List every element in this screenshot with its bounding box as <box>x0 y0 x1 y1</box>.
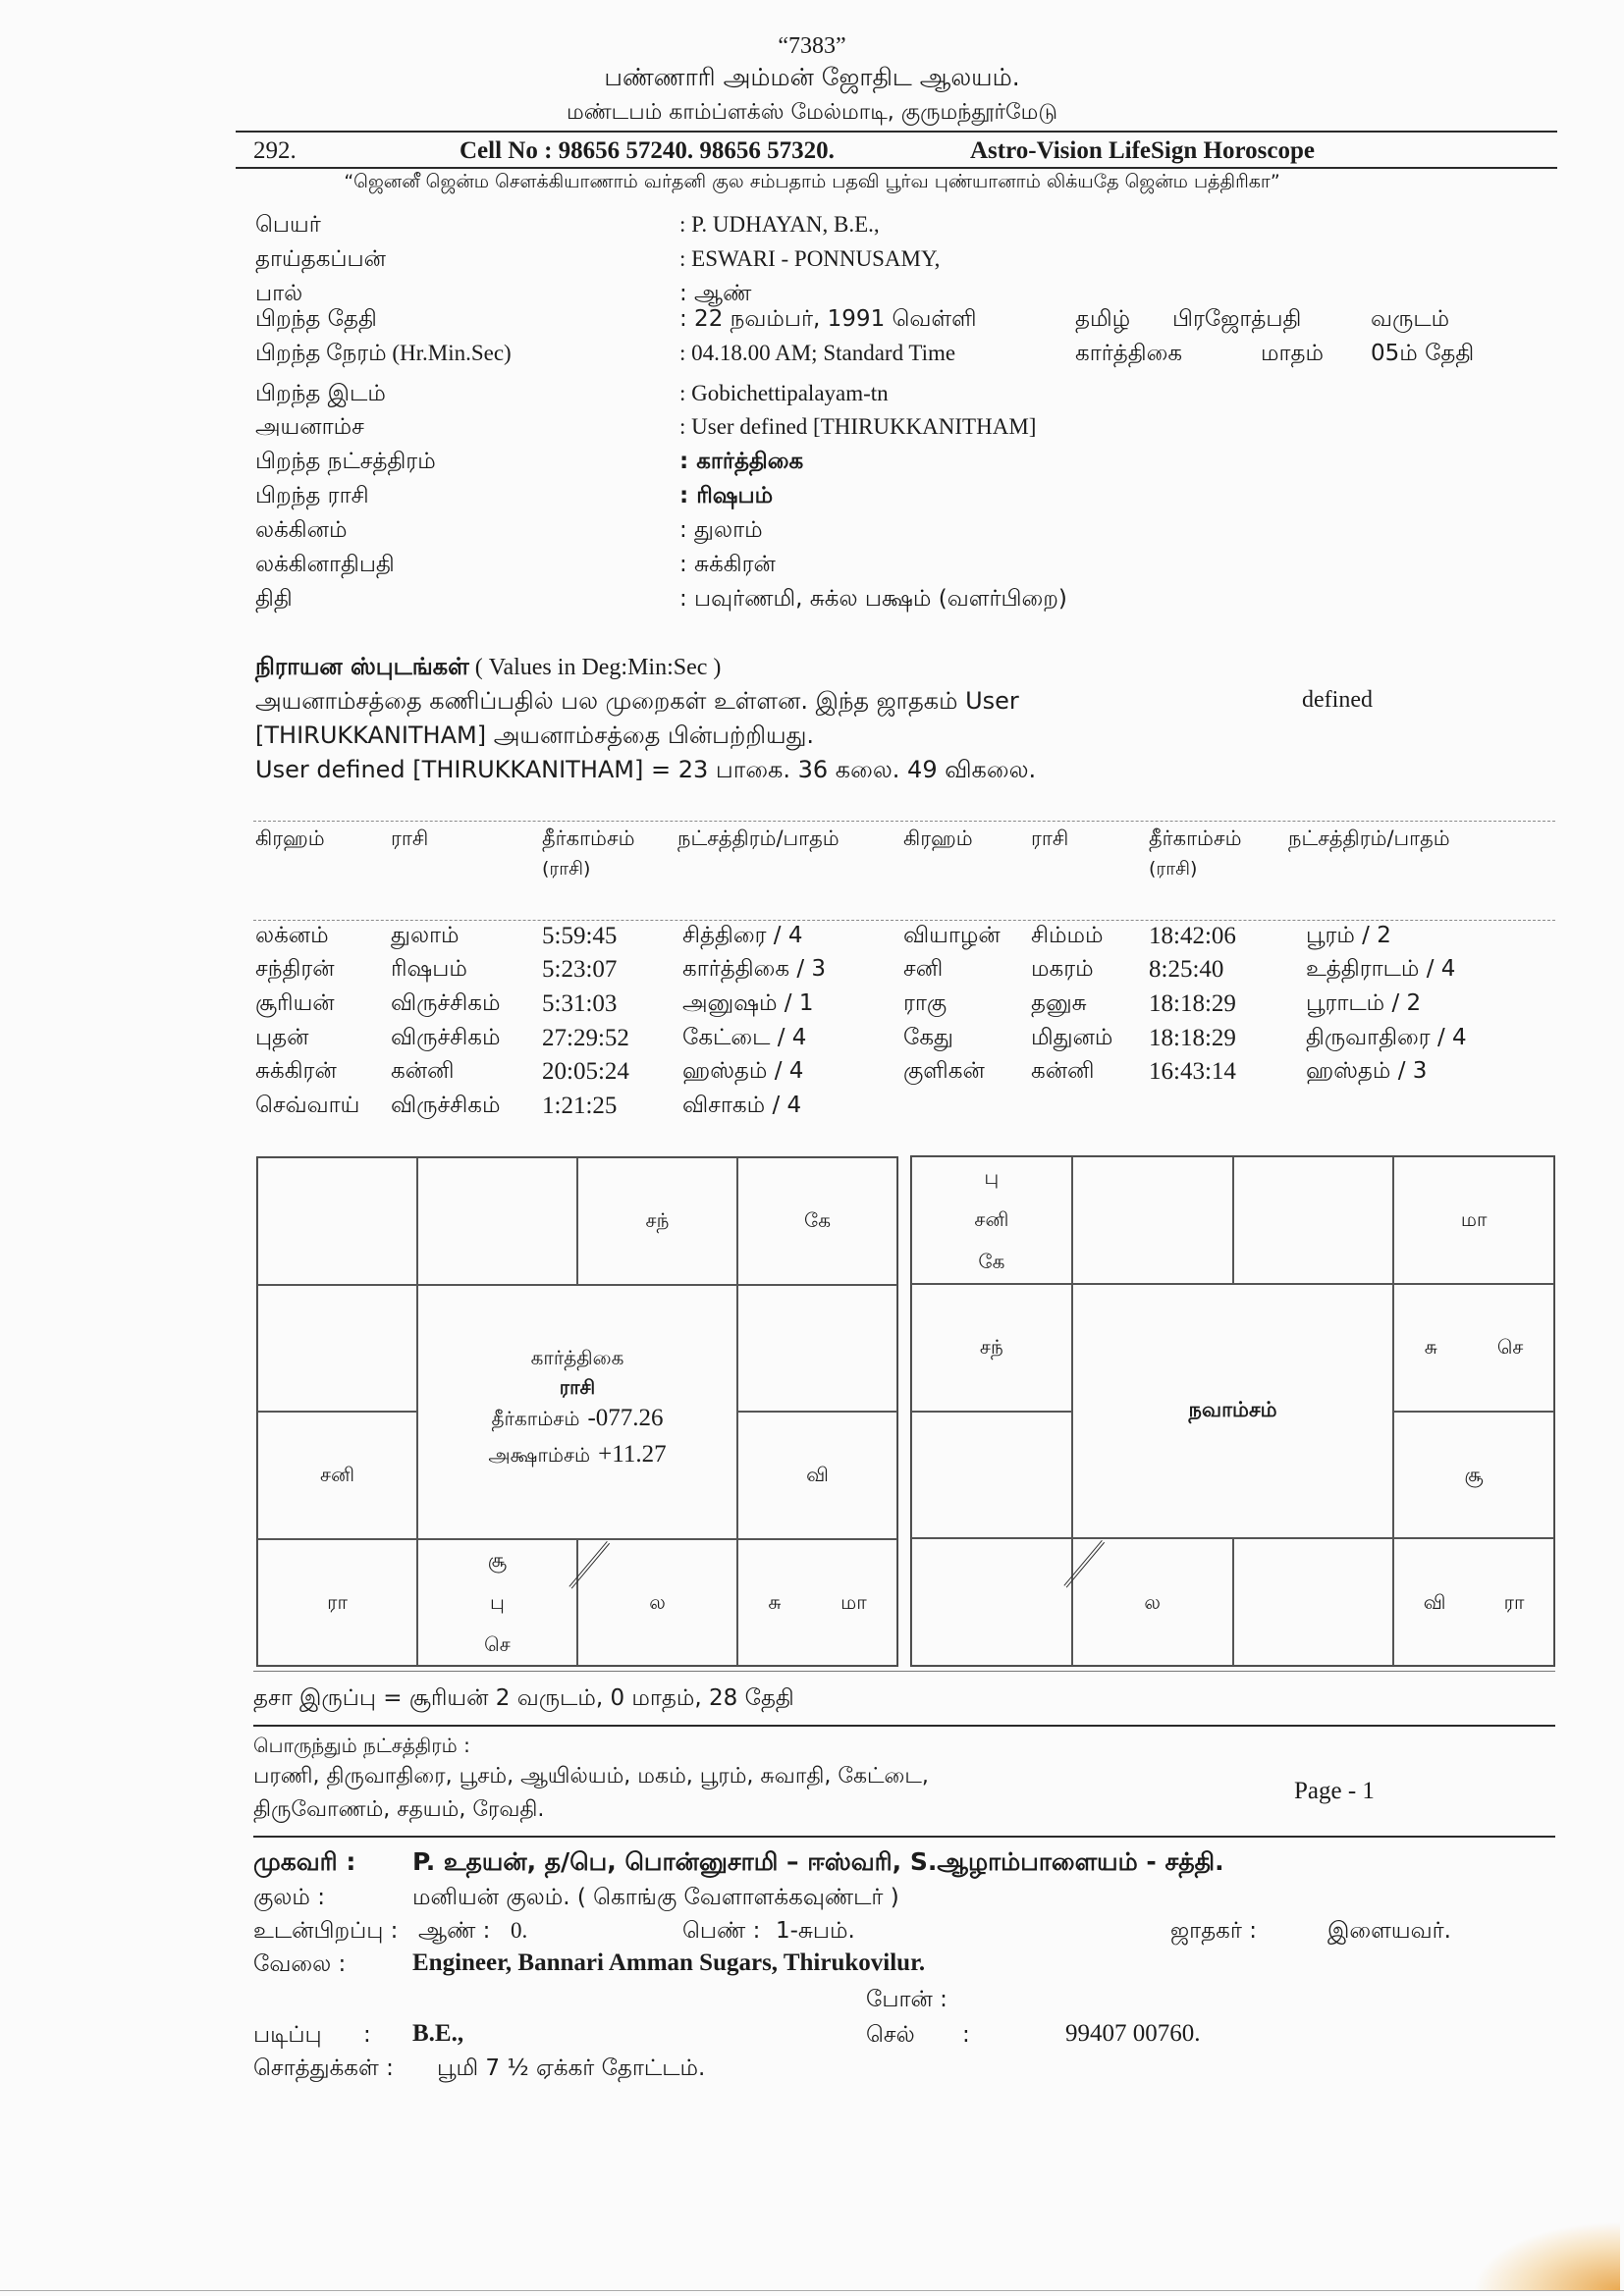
planet-abbrev: செ <box>484 1624 511 1666</box>
table-cell: சந்திரன் <box>255 956 335 985</box>
table-cell: 1:21:25 <box>542 1093 617 1120</box>
table-cell: ரிஷபம் <box>391 956 467 985</box>
detail-label: பிறந்த தேதி <box>255 306 377 335</box>
tamil-year-name: பிரஜோத்பதி <box>1172 306 1301 335</box>
table-rule-top <box>253 821 1555 822</box>
planet-abbrev: சூ <box>1465 1454 1484 1496</box>
table-cell: பூரம் / 2 <box>1306 923 1391 951</box>
detail-label: பிறந்த இடம் <box>255 381 386 409</box>
chart-center: நவாம்சம் <box>1072 1284 1394 1539</box>
table-cell: கன்னி <box>391 1058 455 1087</box>
organization-address: மண்டபம் காம்ப்ளக்ஸ் மேல்மாடி, குருமந்தூர… <box>0 100 1624 128</box>
longitude-value: -077.26 <box>587 1405 663 1431</box>
document-code: “7383” <box>0 33 1624 60</box>
nirayana-title-tamil: நிராயன ஸ்புடங்கள் <box>255 653 469 680</box>
table-cell: சுக்கிரன் <box>255 1058 337 1087</box>
table-cell: உத்திராடம் / 4 <box>1306 956 1455 985</box>
table-cell: ஹஸ்தம் / 3 <box>1306 1058 1427 1087</box>
table-header: ராசி <box>391 827 428 853</box>
phone-label: போன் : <box>866 1987 947 2015</box>
detail-label: பிறந்த ராசி <box>255 483 369 511</box>
house-kadagam <box>737 1285 897 1413</box>
male-siblings-value: 0. <box>511 1918 527 1944</box>
nirayana-title: நிராயன ஸ்புடங்கள் ( Values in Deg:Min:Se… <box>255 653 721 683</box>
planet-abbrev: சனி <box>974 1199 1008 1241</box>
house-makaram <box>911 1412 1072 1539</box>
planet-abbrev: சந் <box>980 1326 1003 1368</box>
page-edge <box>0 2290 1624 2291</box>
cell-value: 99407 00760. <box>1065 2020 1201 2048</box>
matching-stars-line-2: திருவோணம், சதயம், ரேவதி. <box>253 1797 544 1825</box>
female-siblings-value: 1-சுபம். <box>776 1918 855 1947</box>
table-subheader: (ராசி) <box>542 858 590 882</box>
table-cell: 5:23:07 <box>542 956 617 984</box>
cell-numbers: Cell No : 98656 57240. 98656 57320. <box>460 137 835 165</box>
table-cell: புதன் <box>255 1025 308 1053</box>
nirayana-title-note: ( Values in Deg:Min:Sec ) <box>475 655 722 680</box>
table-cell: சிம்மம் <box>1031 923 1104 951</box>
table-cell: விருச்சிகம் <box>391 1025 500 1053</box>
clan-label: குலம் : <box>253 1885 325 1913</box>
detail-value: : User defined [THIRUKKANITHAM] <box>679 414 1036 440</box>
detail-value: : ESWARI - PONNUSAMY, <box>679 246 940 272</box>
planet-abbrev: மா <box>1461 1199 1488 1241</box>
detail-value: : 22 நவம்பர், 1991 வெள்ளி <box>679 306 977 335</box>
planet-abbrev: வி <box>806 1454 829 1496</box>
house-dhanusu: ரா <box>257 1539 417 1667</box>
table-cell: சனி <box>903 956 943 985</box>
table-cell: லக்னம் <box>255 923 329 951</box>
table-header: கிரஹம் <box>255 827 325 853</box>
latitude-label: அக்ஷாம்சம் <box>488 1443 590 1467</box>
brand-title: Astro-Vision LifeSign Horoscope <box>970 137 1315 165</box>
chart-star: கார்த்திகை <box>531 1343 624 1372</box>
tamil-year-suffix: வருடம் <box>1371 306 1449 335</box>
house-meenam: புசனிகே <box>911 1156 1072 1284</box>
table-cell: ராகு <box>903 990 947 1019</box>
house-kanni: சுமா <box>737 1539 897 1667</box>
male-siblings-label: ஆண் : <box>418 1918 490 1947</box>
planet-abbrev: பு <box>490 1581 505 1624</box>
detail-value: : கார்த்திகை <box>679 449 803 477</box>
table-cell: கேது <box>903 1025 953 1053</box>
planet-abbrev: ல <box>1144 1581 1161 1624</box>
detail-label: தாய்தகப்பன் <box>255 246 386 275</box>
detail-value: : 04.18.00 AM; Standard Time <box>679 341 955 366</box>
chart-title: நவாம்சம் <box>1189 1398 1277 1424</box>
assets-value: பூமி 7 ½ ஏக்கர் தோட்டம். <box>437 2056 705 2084</box>
dasa-rule <box>253 1725 1555 1727</box>
house-meenam <box>257 1157 417 1285</box>
matching-stars-title: பொருந்தும் நட்சத்திரம் : <box>253 1734 470 1760</box>
table-header: நட்சத்திரம்/பாதம் <box>677 827 839 853</box>
address-label: முகவரி : <box>253 1847 355 1880</box>
planet-abbrev: சந் <box>646 1200 670 1242</box>
table-cell: 18:18:29 <box>1149 1025 1236 1052</box>
navamsa-chart: புசனிகேமாசந்சுசெசூலவிராநவாம்சம் <box>910 1155 1555 1667</box>
native-position-label: ஜாதகர் : <box>1170 1918 1257 1947</box>
planet-abbrev: சூ <box>488 1539 507 1581</box>
table-cell: தனுசு <box>1031 990 1087 1019</box>
house-kumbam: சந் <box>911 1284 1072 1412</box>
paper-stain <box>1473 2221 1620 2290</box>
assets-label: சொத்துக்கள் : <box>253 2056 394 2084</box>
planet-abbrev: சனி <box>320 1454 354 1496</box>
latitude-row: அக்ஷாம்சம் +11.27 <box>488 1438 666 1474</box>
detail-value: : சுக்கிரன் <box>679 552 776 580</box>
detail-label: பிறந்த நேரம் (Hr.Min.Sec) <box>255 341 512 369</box>
house-rishabam: சந் <box>577 1157 737 1285</box>
cell-label: செல் <box>866 2022 915 2051</box>
table-header: தீர்காம்சம் <box>542 827 634 853</box>
house-mithunam: மா <box>1393 1156 1554 1284</box>
detail-value: : துலாம் <box>679 517 763 546</box>
table-cell: 16:43:14 <box>1149 1058 1236 1086</box>
detail-label: பால் <box>255 281 302 309</box>
table-cell: ஹஸ்தம் / 4 <box>682 1058 803 1087</box>
house-rishabam <box>1233 1156 1394 1284</box>
chart-center: கார்த்திகைராசிதீர்காம்சம் -077.26அக்ஷாம்… <box>417 1285 737 1539</box>
siblings-label: உடன்பிறப்பு : <box>253 1918 398 1947</box>
table-cell: 5:31:03 <box>542 990 617 1018</box>
house-simmam: சூ <box>1393 1412 1554 1539</box>
house-mesham <box>417 1157 577 1285</box>
table-cell: 27:29:52 <box>542 1025 629 1052</box>
tamil-year-label: தமிழ் <box>1075 306 1130 335</box>
job-label: வேலை : <box>253 1951 346 1980</box>
table-header: நட்சத்திரம்/பாதம் <box>1288 827 1450 853</box>
ayanamsa-value-line: User defined [THIRUKKANITHAM] = 23 பாகை.… <box>255 756 1036 786</box>
planet-abbrev: ல <box>649 1581 666 1624</box>
address-value: P. உதயன், த/பெ, பொன்னுசாமி – ஈஸ்வரி, S.ஆ… <box>412 1847 1224 1880</box>
organization-name: பண்ணாரி அம்மன் ஜோதிட ஆலயம். <box>0 63 1624 95</box>
female-siblings-label: பெண் : <box>682 1918 760 1947</box>
chart-bottom-rule <box>253 1671 1555 1672</box>
house-kadagam: சுசெ <box>1393 1284 1554 1412</box>
planet-abbrev: மா <box>840 1581 867 1624</box>
dasa-balance: தசா இருப்பு = சூரியன் 2 வருடம், 0 மாதம்,… <box>253 1685 794 1714</box>
education-value: B.E., <box>412 2020 463 2048</box>
tamil-month-label: மாதம் <box>1261 341 1324 369</box>
house-simmam: வி <box>737 1412 897 1539</box>
planet-abbrev: ரா <box>327 1581 348 1624</box>
detail-value: : ஆண் <box>679 281 751 309</box>
header-rule-bottom <box>236 167 1557 169</box>
detail-label: பிறந்த நட்சத்திரம் <box>255 449 436 477</box>
table-header: ராசி <box>1031 827 1068 853</box>
table-subheader: (ராசி) <box>1149 858 1197 882</box>
table-cell: விருச்சிகம் <box>391 1093 500 1121</box>
detail-value: : P. UDHAYAN, B.E., <box>679 212 880 238</box>
rasi-chart: சந்கேசனிவிராசூபுசெலசுமாகார்த்திகைராசிதீர… <box>256 1156 898 1667</box>
ayanamsa-line-2: [THIRUKKANITHAM] அயனாம்சத்தை பின்பற்றியத… <box>255 721 814 752</box>
house-thulam: ல <box>577 1539 737 1667</box>
planet-abbrev: கே <box>804 1200 831 1242</box>
table-cell: பூராடம் / 2 <box>1306 990 1421 1019</box>
job-value: Engineer, Bannari Amman Sugars, Thirukov… <box>412 1949 925 1977</box>
sanskrit-quote: “ஜெனனீ ஜென்ம சௌக்கியாணாம் வர்தனி குல சம்… <box>0 171 1624 195</box>
education-label: படிப்பு <box>253 2022 322 2051</box>
detail-value: : பவுர்ணமி, சுக்ல பக்ஷம் (வளர்பிறை) <box>679 586 1067 614</box>
table-cell: கேட்டை / 4 <box>682 1025 806 1053</box>
matching-rule <box>253 1836 1555 1838</box>
house-kanni: விரா <box>1393 1538 1554 1666</box>
planet-abbrev: சு <box>1425 1326 1437 1368</box>
planet-abbrev: செ <box>1497 1326 1524 1368</box>
table-cell: 8:25:40 <box>1149 956 1223 984</box>
chart-title: ராசி <box>560 1372 595 1402</box>
cell-colon: : <box>962 2022 970 2048</box>
table-cell: சூரியன் <box>255 990 335 1019</box>
page-number: Page - 1 <box>1294 1778 1375 1805</box>
detail-value: : ரிஷபம் <box>679 483 773 511</box>
detail-label: பெயர் <box>255 212 321 240</box>
latitude-value: +11.27 <box>598 1441 666 1468</box>
table-cell: 20:05:24 <box>542 1058 629 1086</box>
table-cell: கன்னி <box>1031 1058 1095 1087</box>
house-dhanusu <box>911 1538 1072 1666</box>
table-header: தீர்காம்சம் <box>1149 827 1241 853</box>
table-cell: 18:18:29 <box>1149 990 1236 1018</box>
planet-abbrev: சு <box>768 1581 781 1624</box>
ayanamsa-line-1-end: defined <box>1302 687 1373 714</box>
planet-abbrev: ரா <box>1504 1581 1525 1624</box>
education-colon: : <box>363 2022 371 2048</box>
table-header: கிரஹம் <box>903 827 973 853</box>
planet-abbrev: கே <box>978 1241 1004 1283</box>
house-thulam <box>1233 1538 1394 1666</box>
table-cell: கார்த்திகை / 3 <box>682 956 826 985</box>
table-rule-header <box>253 920 1555 921</box>
house-viruchigam: ல <box>1072 1538 1233 1666</box>
matching-stars-line-1: பரணி, திருவாதிரை, பூசம், ஆயில்யம், மகம்,… <box>253 1764 929 1791</box>
table-cell: சித்திரை / 4 <box>682 923 803 951</box>
table-cell: மிதுனம் <box>1031 1025 1112 1053</box>
header-rule-top <box>236 131 1557 133</box>
table-cell: மகரம் <box>1031 956 1094 985</box>
clan-value: மனியன் குலம். ( கொங்கு வேளாளக்கவுண்டர் ) <box>412 1885 899 1913</box>
detail-label: திதி <box>255 586 293 614</box>
native-position-value: இளையவர். <box>1327 1918 1451 1947</box>
table-cell: விசாகம் / 4 <box>682 1093 801 1121</box>
table-cell: குளிகன் <box>903 1058 985 1087</box>
table-cell: வியாழன் <box>903 923 1001 951</box>
house-makaram: சனி <box>257 1412 417 1539</box>
detail-label: அயனாம்ச <box>255 414 364 443</box>
table-cell: 18:42:06 <box>1149 923 1236 950</box>
planet-abbrev: பு <box>984 1156 999 1199</box>
house-mithunam: கே <box>737 1157 897 1285</box>
detail-label: லக்கினாதிபதி <box>255 552 395 580</box>
detail-label: லக்கினம் <box>255 517 347 546</box>
table-cell: செவ்வாய் <box>255 1093 359 1121</box>
house-viruchigam: சூபுசெ <box>417 1539 577 1667</box>
serial-number: 292. <box>253 137 297 165</box>
table-cell: திருவாதிரை / 4 <box>1306 1025 1467 1053</box>
longitude-label: தீர்காம்சம் <box>491 1407 579 1430</box>
house-kumbam <box>257 1285 417 1413</box>
tamil-month-name: கார்த்திகை <box>1075 341 1182 369</box>
tamil-day: 05ம் தேதி <box>1371 341 1474 369</box>
table-cell: 5:59:45 <box>542 923 617 950</box>
detail-value: : Gobichettipalayam-tn <box>679 381 889 406</box>
planet-abbrev: வி <box>1424 1581 1446 1624</box>
table-cell: அனுஷம் / 1 <box>682 990 814 1019</box>
house-mesham <box>1072 1156 1233 1284</box>
ayanamsa-line-1: அயனாம்சத்தை கணிப்பதில் பல முறைகள் உள்ளன.… <box>255 687 1019 718</box>
table-cell: விருச்சிகம் <box>391 990 500 1019</box>
table-cell: துலாம் <box>391 923 460 951</box>
longitude-row: தீர்காம்சம் -077.26 <box>491 1402 663 1438</box>
